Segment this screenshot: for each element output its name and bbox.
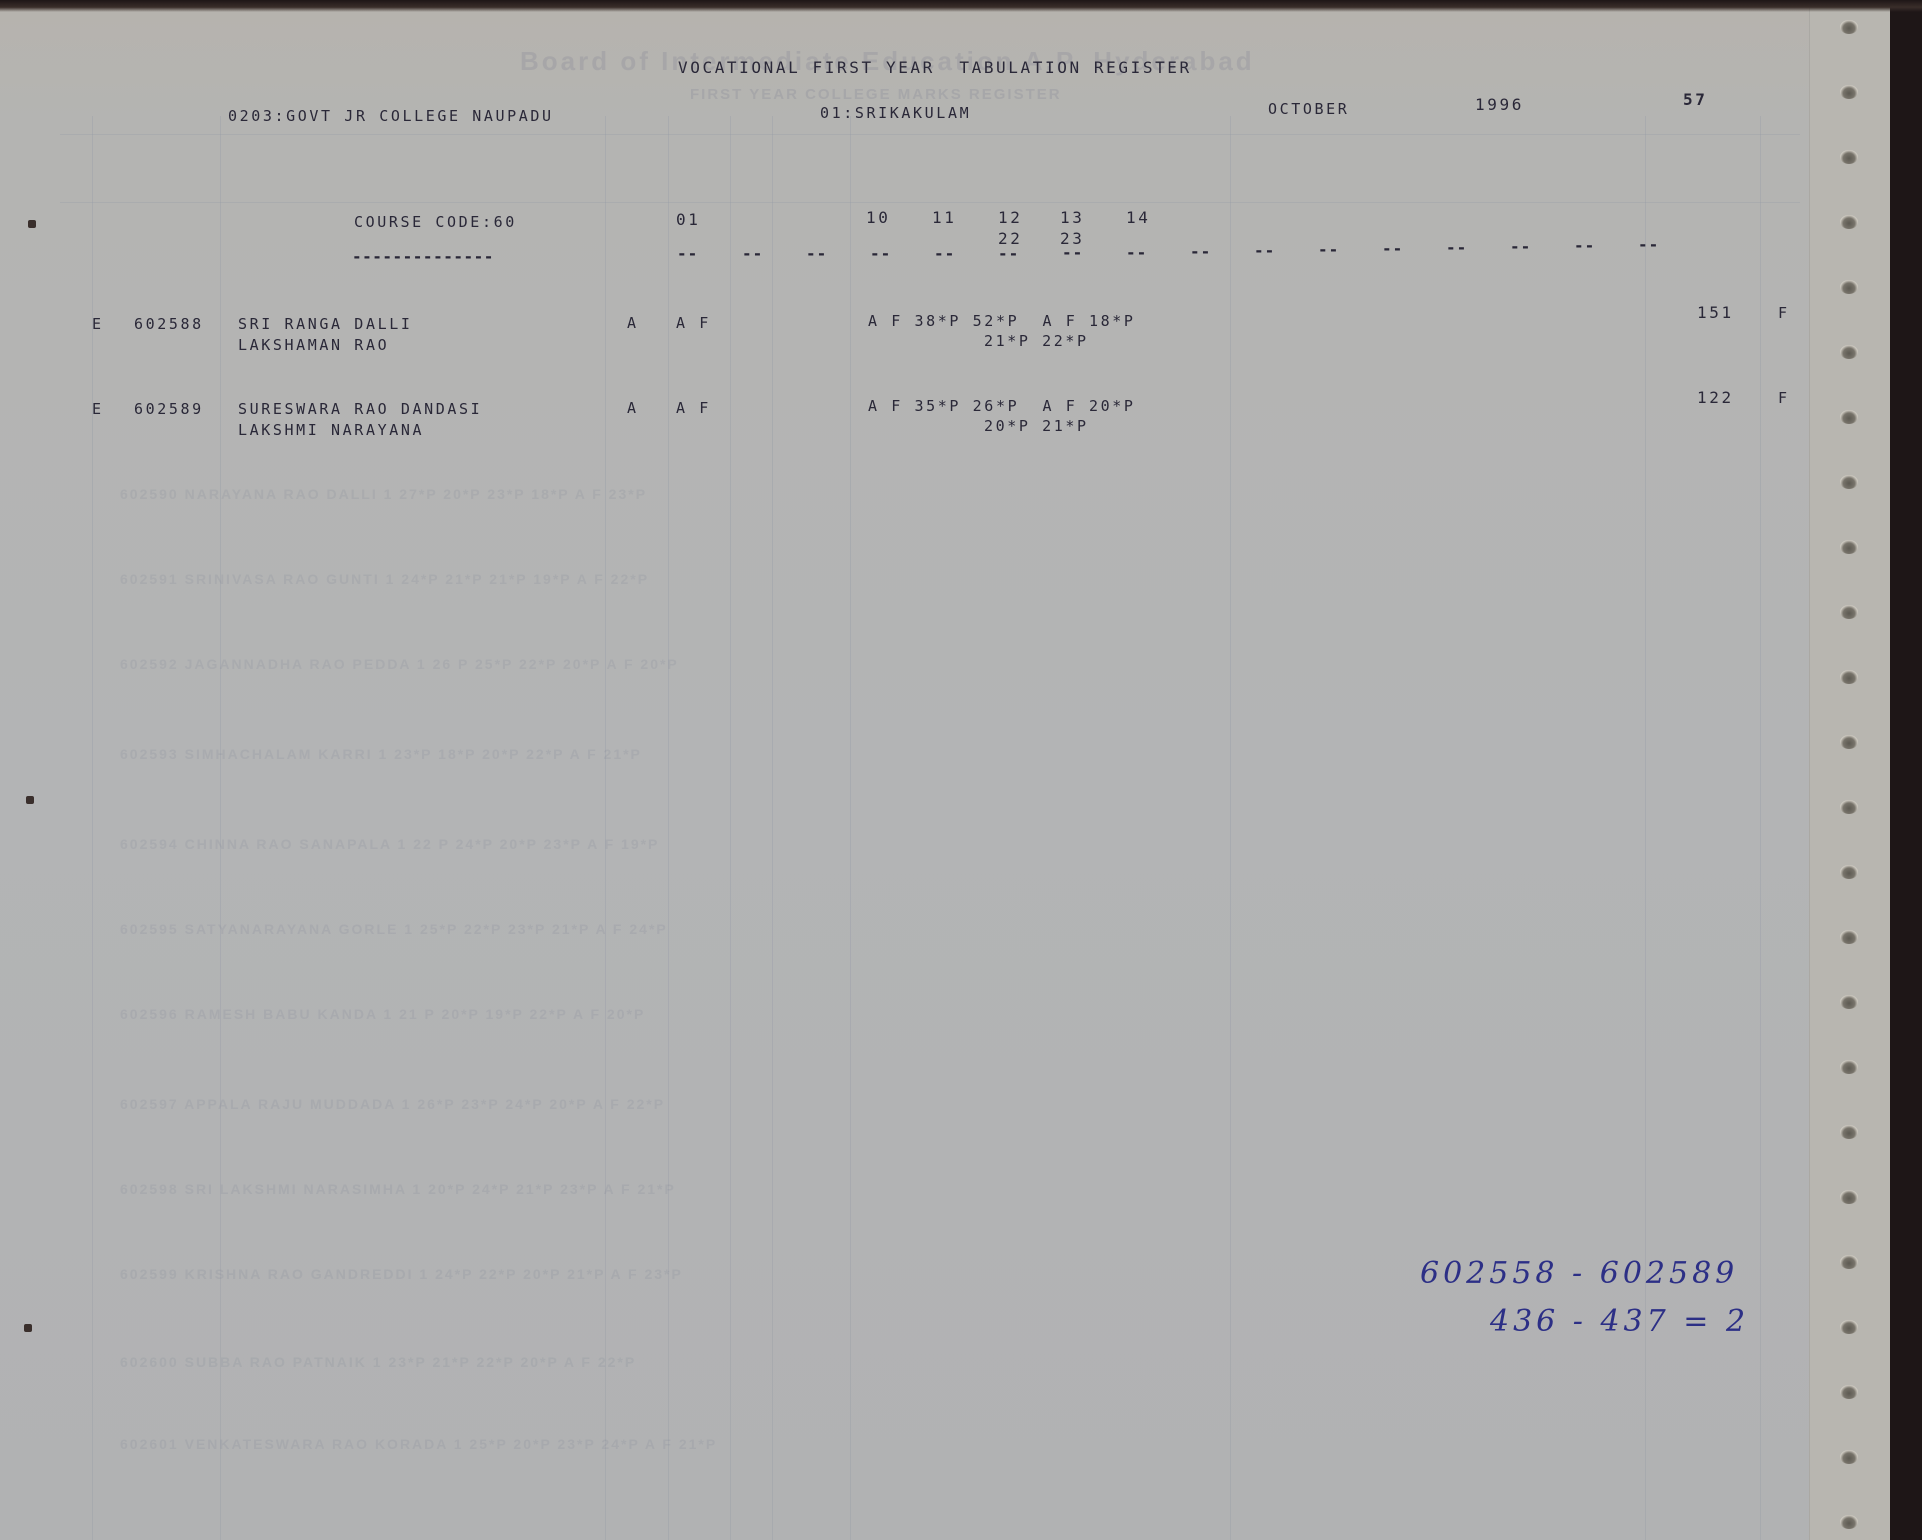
- college-name: 0203:GOVT JR COLLEGE NAUPADU: [228, 107, 554, 125]
- form-rule: [605, 116, 606, 1540]
- form-rule: [772, 116, 773, 1540]
- column-dash: --: [998, 244, 1019, 263]
- subject-code: 14: [1126, 208, 1150, 227]
- column-dash: --: [677, 244, 698, 263]
- column-dash: --: [1062, 243, 1083, 262]
- sprocket-hole-icon: [1840, 1190, 1858, 1204]
- subject-code: 12: [998, 208, 1022, 227]
- sprocket-hole-icon: [1840, 540, 1858, 554]
- subject-code: 01: [676, 210, 700, 229]
- binder-punch-mark: [26, 796, 34, 804]
- sprocket-hole-icon: [1840, 215, 1858, 229]
- subject-mark: A F: [676, 399, 711, 417]
- roll-number: 602589: [134, 400, 204, 418]
- tabulation-register-page: Board of Intermediate Education A.P. Hyd…: [0, 6, 1890, 1540]
- subject-mark: A F: [676, 314, 711, 332]
- ghost-print: 602599 KRISHNA RAO GANDREDDI 1 24*P 22*P…: [120, 1266, 683, 1282]
- column-dash: --: [1510, 237, 1531, 256]
- total-marks: 151: [1697, 303, 1734, 322]
- sprocket-hole-icon: [1840, 1450, 1858, 1464]
- handwritten-count: 436 - 437 = 2: [1490, 1304, 1749, 1339]
- sprocket-hole-icon: [1840, 1385, 1858, 1399]
- ghost-print: 602598 SRI LAKSHMI NARASIMHA 1 20*P 24*P…: [120, 1181, 676, 1197]
- form-rule: [60, 202, 1800, 203]
- result: F: [1778, 304, 1790, 322]
- subject-code: 13: [1060, 208, 1084, 227]
- binder-punch-mark: [28, 220, 36, 228]
- column-dash: --: [934, 244, 955, 263]
- subject-code: 11: [932, 208, 956, 227]
- column-dash: --: [1254, 241, 1275, 260]
- form-rule: [1230, 116, 1231, 1540]
- ghost-print: 602594 CHINNA RAO SANAPALA 1 22 P 24*P 2…: [120, 836, 659, 852]
- column-dash: --: [1190, 242, 1211, 261]
- subject-marks-line2: 21*P 22*P: [984, 332, 1089, 350]
- form-rule: [60, 134, 1800, 135]
- ghost-print: FIRST YEAR COLLEGE MARKS REGISTER: [690, 86, 1062, 103]
- course-code: COURSE CODE:60: [354, 213, 517, 231]
- student-name-line2: LAKSHAMAN RAO: [238, 336, 389, 354]
- sprocket-hole-icon: [1840, 85, 1858, 99]
- tractor-feed-strip: [1809, 6, 1890, 1540]
- column-dash: --: [1574, 236, 1595, 255]
- subject-marks-line2: 20*P 21*P: [984, 417, 1089, 435]
- sprocket-hole-icon: [1840, 1125, 1858, 1139]
- sprocket-hole-icon: [1840, 735, 1858, 749]
- course-code-underline: --------------: [352, 247, 494, 266]
- student-name: SURESWARA RAO DANDASI: [238, 400, 482, 418]
- subject-mark: A: [627, 314, 639, 332]
- register-title: VOCATIONAL FIRST YEAR TABULATION REGISTE…: [678, 58, 1192, 77]
- sprocket-hole-icon: [1840, 1320, 1858, 1334]
- form-rule: [220, 116, 221, 1540]
- sprocket-hole-icon: [1840, 1515, 1858, 1529]
- sprocket-hole-icon: [1840, 670, 1858, 684]
- sprocket-hole-icon: [1840, 1060, 1858, 1074]
- exam-month: OCTOBER: [1268, 100, 1349, 118]
- result: F: [1778, 389, 1790, 407]
- column-dash: --: [806, 244, 827, 263]
- sprocket-hole-icon: [1840, 20, 1858, 34]
- subject-marks: A F 38*P 52*P A F 18*P: [868, 312, 1136, 330]
- student-name: SRI RANGA DALLI: [238, 315, 412, 333]
- ghost-print: 602592 JAGANNADHA RAO PEDDA 1 26 P 25*P …: [120, 656, 679, 672]
- sprocket-hole-icon: [1840, 475, 1858, 489]
- sprocket-hole-icon: [1840, 605, 1858, 619]
- ghost-print: 602600 SUBBA RAO PATNAIK 1 23*P 21*P 22*…: [120, 1354, 636, 1370]
- sprocket-hole-icon: [1840, 280, 1858, 294]
- subject-code: 10: [866, 208, 890, 227]
- ghost-print: 602593 SIMHACHALAM KARRI 1 23*P 18*P 20*…: [120, 746, 642, 762]
- form-rule: [850, 116, 851, 1540]
- handwritten-roll-range: 602558 - 602589: [1420, 1256, 1738, 1291]
- column-dash: --: [1446, 238, 1467, 257]
- form-rule: [730, 116, 731, 1540]
- subject-marks: A F 35*P 26*P A F 20*P: [868, 397, 1136, 415]
- student-name-line2: LAKSHMI NARAYANA: [238, 421, 424, 439]
- form-rule: [668, 116, 669, 1540]
- sprocket-hole-icon: [1840, 930, 1858, 944]
- roll-number: 602588: [134, 315, 204, 333]
- ghost-print: 602590 NARAYANA RAO DALLI 1 27*P 20*P 23…: [120, 486, 647, 502]
- sprocket-hole-icon: [1840, 1255, 1858, 1269]
- column-dash: --: [1382, 239, 1403, 258]
- sprocket-hole-icon: [1840, 865, 1858, 879]
- form-rule: [1760, 116, 1761, 1540]
- sprocket-hole-icon: [1840, 410, 1858, 424]
- page-number: 57: [1683, 90, 1707, 109]
- column-dash: --: [1318, 240, 1339, 259]
- total-marks: 122: [1697, 388, 1734, 407]
- ghost-print: 602596 RAMESH BABU KANDA 1 21 P 20*P 19*…: [120, 1006, 645, 1022]
- sprocket-hole-icon: [1840, 800, 1858, 814]
- column-dash: --: [870, 244, 891, 263]
- ghost-print: 602595 SATYANARAYANA GORLE 1 25*P 22*P 2…: [120, 921, 668, 937]
- sprocket-hole-icon: [1840, 345, 1858, 359]
- sprocket-hole-icon: [1840, 150, 1858, 164]
- category-code: E: [92, 315, 104, 333]
- district-name: 01:SRIKAKULAM: [820, 104, 971, 122]
- binder-punch-mark: [24, 1324, 32, 1332]
- column-dash: --: [742, 244, 763, 263]
- exam-year: 1996: [1475, 95, 1524, 114]
- column-dash: --: [1126, 243, 1147, 262]
- ghost-print: 602597 APPALA RAJU MUDDADA 1 26*P 23*P 2…: [120, 1096, 665, 1112]
- ghost-print: 602591 SRINIVASA RAO GUNTI 1 24*P 21*P 2…: [120, 571, 649, 587]
- column-dash: --: [1638, 235, 1659, 254]
- category-code: E: [92, 400, 104, 418]
- subject-mark: A: [627, 399, 639, 417]
- ghost-print: 602601 VENKATESWARA RAO KORADA 1 25*P 20…: [120, 1436, 717, 1452]
- page-top-edge: [0, 0, 1922, 12]
- sprocket-hole-icon: [1840, 995, 1858, 1009]
